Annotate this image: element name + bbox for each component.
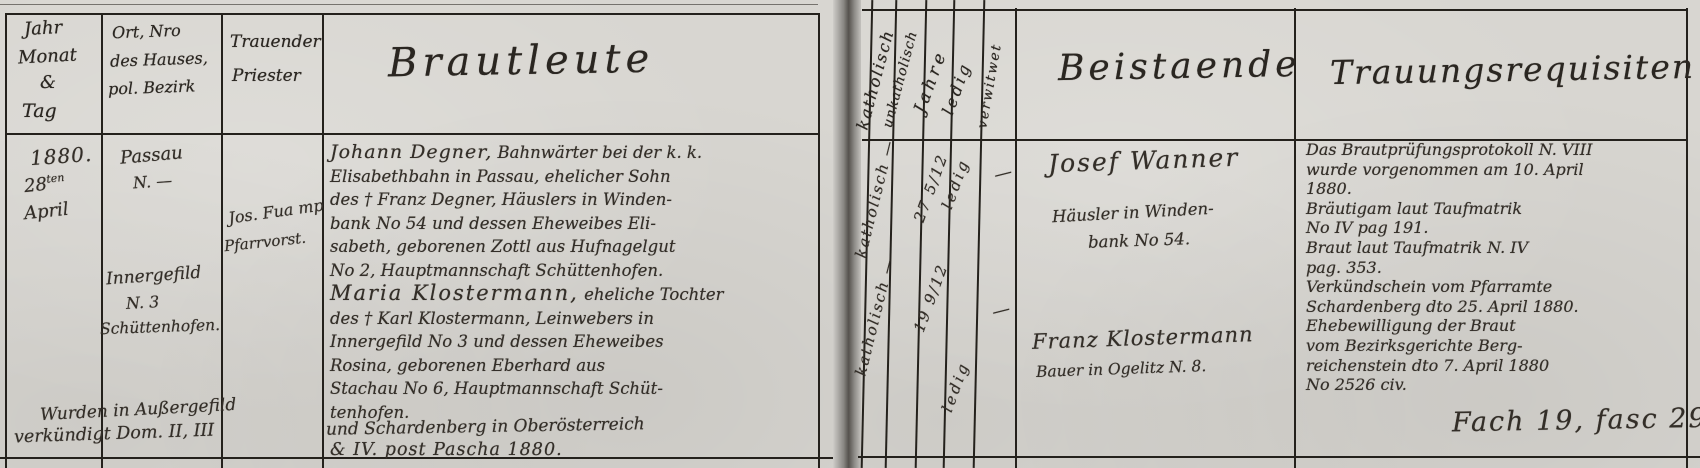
entry-day-number: 28 — [23, 174, 48, 197]
priest-column-header-line: Priester — [232, 66, 301, 86]
requisites-line: Ehebewilligung der Braut — [1306, 316, 1684, 336]
groom-name: Johann Degner, — [330, 141, 492, 163]
groom-line: des † Franz Degner, Häuslers in Winden- — [330, 188, 820, 212]
date-column-header-line: & — [40, 72, 56, 93]
date-column-header-line: Tag — [22, 100, 57, 122]
requisites-column-header: Trauungsrequisiten — [1330, 47, 1696, 92]
place-column-header-line: pol. Bezirk — [108, 76, 196, 98]
groom-intro-line: Johann Degner, Bahnwärter bei der k. k. — [330, 141, 820, 165]
requisites-line: Verkündschein vom Pfarramte — [1306, 277, 1684, 297]
bride-line: des † Karl Klostermann, Leinwebers in — [330, 307, 820, 331]
bride-place-number: N. 3 — [126, 292, 160, 313]
archive-reference: Fach 19, fasc 29. — [1452, 403, 1700, 439]
requisites-line: wurde vorgenommen am 10. April — [1306, 160, 1684, 180]
bride-line: Stachau No 6, Hauptmannschaft Schüt- — [330, 377, 820, 401]
witness1-description-line: bank No 54. — [1088, 229, 1191, 252]
entry-day-suffix: ten — [46, 171, 65, 186]
requisites-line: Schardenberg dto 25. April 1880. — [1306, 297, 1684, 317]
requisites-line: No IV pag 191. — [1306, 218, 1684, 238]
date-column-header-line: Monat — [17, 44, 77, 68]
grid-line — [5, 13, 820, 15]
witnesses-column-header: Beistaende — [1058, 44, 1301, 89]
bride-intro-rest: eheliche Tochter — [579, 285, 724, 304]
requisites-text: Das Brautprüfungsprotokoll N. VIII wurde… — [1306, 140, 1684, 395]
banns-continuation-line: & IV. post Pascha 1880. — [330, 440, 563, 460]
groom-place-number: N. — — [132, 171, 172, 193]
marriage-register-scan: Jahr Monat & Tag Ort, Nro des Hauses, po… — [0, 0, 1700, 468]
grid-line — [1015, 8, 1017, 468]
groom-intro-rest: Bahnwärter bei der k. k. — [492, 143, 702, 162]
bride-line: Rosina, geborenen Eberhard aus — [330, 354, 820, 378]
groom-line: No 2, Hauptmannschaft Schüttenhofen. — [330, 259, 820, 283]
requisites-line: vom Bezirksgerichte Berg- — [1306, 336, 1684, 356]
requisites-line: reichenstein dto 7. April 1880 — [1306, 356, 1684, 376]
entry-year: 1880. — [29, 142, 93, 170]
requisites-line: Das Brautprüfungsprotokoll N. VIII — [1306, 140, 1684, 160]
bride-line: Innergefild No 3 und dessen Eheweibes — [330, 330, 820, 354]
place-column-header-line: des Hauses, — [110, 48, 208, 70]
groom-line: sabeth, geborenen Zottl aus Hufnagelgut — [330, 235, 820, 259]
grid-line — [5, 14, 7, 468]
requisites-line: Braut laut Taufmatrik N. IV — [1306, 238, 1684, 258]
grid-line — [101, 14, 103, 468]
bride-intro-line: Maria Klostermann, eheliche Tochter — [330, 282, 820, 307]
requisites-line: 1880. — [1306, 179, 1684, 199]
grid-line — [322, 14, 324, 468]
grid-line — [862, 9, 1688, 11]
bride-name: Maria Klostermann, — [330, 281, 579, 305]
place-column-header-line: Ort, Nro — [112, 21, 181, 42]
groom-line: Elisabethbahn in Passau, ehelicher Sohn — [330, 165, 820, 189]
requisites-line: No 2526 civ. — [1306, 375, 1684, 395]
priest-column-header-line: Trauender — [230, 32, 321, 52]
date-column-header-line: Jahr — [23, 17, 62, 40]
requisites-line: Bräutigam laut Taufmatrik — [1306, 199, 1684, 219]
grid-line — [858, 456, 1700, 458]
grid-line — [5, 133, 820, 135]
groom-line: bank No 54 und dessen Eheweibes Eli- — [330, 212, 820, 236]
couple-column-header: Brautleute — [388, 36, 655, 87]
couple-description: Johann Degner, Bahnwärter bei der k. k. … — [330, 141, 820, 424]
entry-day: 28ten — [23, 171, 66, 197]
grid-line — [0, 4, 818, 5]
requisites-line: pag. 353. — [1306, 258, 1684, 278]
